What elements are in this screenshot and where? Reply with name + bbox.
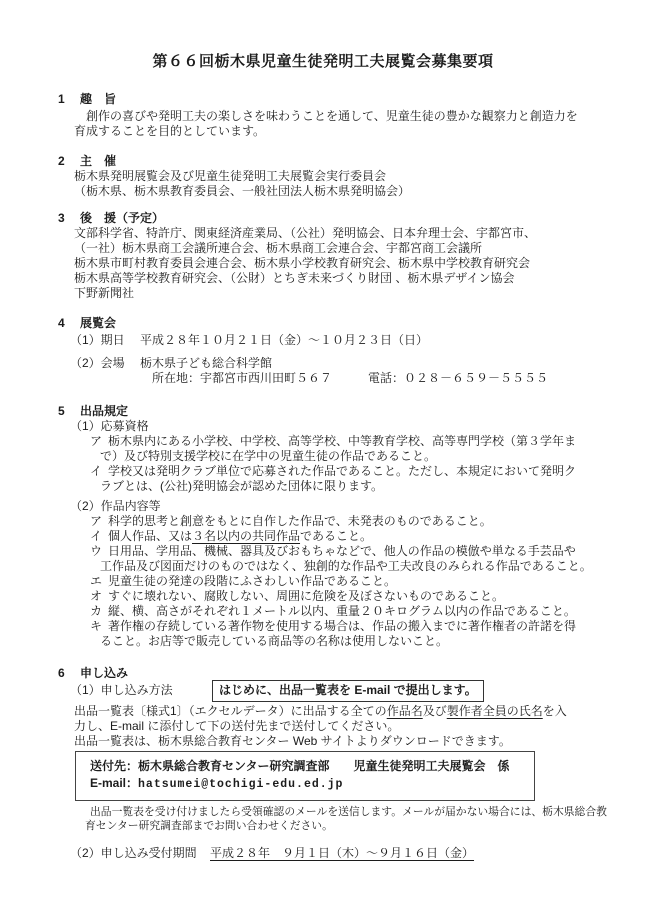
section-label: 出品規定 xyxy=(80,404,128,418)
section-heading: 4展覧会 xyxy=(58,316,646,331)
email-address: hatsumei@tochigi-edu.ed.jp xyxy=(138,778,343,791)
body-line: 文部科学省、特許庁、関東経済産業局、（公社）発明協会、日本弁理士会、宇都宮市、 xyxy=(74,226,646,241)
list-item: ア科学的思考と創意をもとに自作した作品で、未発表のものであること。 xyxy=(90,514,646,529)
paragraph-line: 出品一覧表は、栃木県総合教育センター Web サイトよりダウンロードできます。 xyxy=(74,734,646,749)
section-number: 3 xyxy=(58,211,80,226)
item-marker: ウ xyxy=(90,544,108,559)
item-text: 学校又は発明クラブ単位で応募された作品であること。ただし、本規定において発明ク xyxy=(108,464,576,478)
application-period-row: （2）申し込み受付期間平成２８年 ９月１日（木）～９月１６日（金） xyxy=(70,846,646,861)
body-line: 創作の喜びや発明工夫の楽しさを味わうことを通して、児童生徒の豊かな観察力と創造力… xyxy=(74,109,646,124)
item-text: 日用品、学用品、機械、器具及びおもちゃなどで、他人の作品の模倣や単なる手芸品や xyxy=(108,544,576,558)
email-row: E-mail：hatsumei@tochigi-edu.ed.jp xyxy=(90,775,534,793)
list-item: ア栃木県内にある小学校、中学校、高等学校、中等教育学校、高等専門学校（第３学年ま xyxy=(90,434,646,449)
list-item: エ児童生徒の発達の段階にふさわしい作品であること。 xyxy=(90,574,646,589)
section-label: 主 催 xyxy=(80,154,116,168)
note-line: 育センター研究調査部までお問い合わせください。 xyxy=(85,819,646,833)
section-label: 展覧会 xyxy=(80,316,116,330)
exhibition-date-row: （1）期日平成２８年１０月２１日（金）～１０月２３日（日） xyxy=(70,333,646,348)
section-number: 1 xyxy=(58,92,80,107)
section-organizer: 2主 催 栃木県発明展覧会及び児童生徒発明工夫展覧会実行委員会 （栃木県、栃木県… xyxy=(0,154,646,199)
section-heading: 1趣 旨 xyxy=(58,92,646,107)
item-marker: オ xyxy=(90,589,108,604)
list-item: カ縦、横、高さがそれぞれ１メートル以内、重量２０キログラム以内の作品であること。 xyxy=(90,604,646,619)
exhibition-date: 平成２８年１０月２１日（金）～１０月２３日（日） xyxy=(140,333,428,348)
exhibition-venue-row: （2）会場 栃木県子ども総合科学館 所在地：宇都宮市西川田町５６７ 電話：０２８… xyxy=(70,356,646,386)
item-text: 児童生徒の発達の段階にふさわしい作品であること。 xyxy=(108,574,396,588)
item-marker: ア xyxy=(90,514,108,529)
item-marker: イ xyxy=(90,529,108,544)
item-text-wrap: ラブとは、(公社)発明協会が認めた団体に限ります。 xyxy=(100,479,646,494)
section-label: 後 援（予定） xyxy=(80,211,164,225)
item-marker: イ xyxy=(90,464,108,479)
body-line: 栃木県発明展覧会及び児童生徒発明工夫展覧会実行委員会 xyxy=(74,169,646,184)
submission-address: 送付先：栃木県総合教育センター研究調査部 児童生徒発明工夫展覧会 係 xyxy=(90,758,534,775)
row-label: （2）会場 xyxy=(70,356,140,371)
section-number: 2 xyxy=(58,154,80,169)
venue-address-phone: 所在地：宇都宮市西川田町５６７ 電話：０２８－６５９－５５５５ xyxy=(152,371,548,386)
method-highlight-box: はじめに、出品一覧表を E-mail で提出します。 xyxy=(212,680,484,702)
note-line: 出品一覧表を受け付けましたら受領確認のメールを送信します。メールが届かない場合に… xyxy=(90,805,646,819)
paragraph-line: 出品一覧表〔様式1〕（エクセルデータ）に出品する全ての作品名及び製作者全員の氏名… xyxy=(74,704,646,719)
period-value: 平成２８年 ９月１日（木）～９月１６日（金） xyxy=(210,846,474,861)
body-line: 育成することを目的としています。 xyxy=(74,124,646,139)
section-supporters: 3後 援（予定） 文部科学省、特許庁、関東経済産業局、（公社）発明協会、日本弁理… xyxy=(0,211,646,301)
group-label: （2）作品内容等 xyxy=(70,499,646,514)
item-marker: エ xyxy=(90,574,108,589)
section-number: 5 xyxy=(58,404,80,419)
item-text: 縦、横、高さがそれぞれ１メートル以内、重量２０キログラム以内の作品であること。 xyxy=(108,604,576,618)
body-line: 栃木県市町村教育委員会連合会、栃木県小学校教育研究会、栃木県中学校教育研究会 xyxy=(74,256,646,271)
list-item: ウ日用品、学用品、機械、器具及びおもちゃなどで、他人の作品の模倣や単なる手芸品や xyxy=(90,544,646,559)
section-application: 6申し込み （1）申し込み方法 はじめに、出品一覧表を E-mail で提出しま… xyxy=(0,666,646,861)
section-label: 申し込み xyxy=(80,666,128,680)
list-item: キ著作権の存続している著作物を使用する場合は、作品の搬入までに著作権者の許諾を得 xyxy=(90,619,646,634)
exhibition-venue: 栃木県子ども総合科学館 所在地：宇都宮市西川田町５６７ 電話：０２８－６５９－５… xyxy=(140,356,548,386)
body-line: （一社）栃木県商工会議所連合会、栃木県商工会連合会、宇都宮商工会議所 xyxy=(74,241,646,256)
list-item: オすぐに壊れない、腐敗しない、周囲に危険を及ぼさないものであること。 xyxy=(90,589,646,604)
section-heading: 2主 催 xyxy=(58,154,646,169)
page: 第６６回栃木県児童生徒発明工夫展覧会募集要項 1趣 旨 創作の喜びや発明工夫の楽… xyxy=(0,0,646,914)
paragraph-line: 力し、E-mail に添付して下の送付先まで送付してください。 xyxy=(74,719,646,734)
item-marker: カ xyxy=(90,604,108,619)
section-number: 4 xyxy=(58,316,80,331)
row-label: （1）期日 xyxy=(70,333,140,348)
list-item: イ学校又は発明クラブ単位で応募された作品であること。ただし、本規定において発明ク xyxy=(90,464,646,479)
section-entry-rules: 5出品規定 （1）応募資格 ア栃木県内にある小学校、中学校、高等学校、中等教育学… xyxy=(0,404,646,649)
section-exhibition: 4展覧会 （1）期日平成２８年１０月２１日（金）～１０月２３日（日） （2）会場… xyxy=(0,316,646,386)
period-label: （2）申し込み受付期間 xyxy=(70,846,210,861)
email-label: E-mail： xyxy=(90,776,138,790)
item-text-wrap: ること。お店等で販売している商品等の名称は使用しないこと。 xyxy=(100,634,646,649)
item-marker: キ xyxy=(90,619,108,634)
purpose-body: 創作の喜びや発明工夫の楽しさを味わうことを通して、児童生徒の豊かな観察力と創造力… xyxy=(0,109,646,139)
item-marker: ア xyxy=(90,434,108,449)
item-text-wrap: 工作品及び図面だけのものではなく、独創的な作品や工夫改良のみられる作品であること… xyxy=(100,559,646,574)
venue-name: 栃木県子ども総合科学館 xyxy=(140,356,548,371)
item-text: 科学的思考と創意をもとに自作した作品で、未発表のものであること。 xyxy=(108,514,492,528)
confirmation-note: 出品一覧表を受け付けましたら受領確認のメールを送信します。メールが届かない場合に… xyxy=(85,805,646,833)
method-label: （1）申し込み方法 xyxy=(70,680,212,698)
list-item: イ個人作品、又は３名以内の共同作品であること。 xyxy=(90,529,646,544)
item-text-wrap: で）及び特別支援学校に在学中の児童生徒の作品であること。 xyxy=(100,449,646,464)
section-heading: 6申し込み xyxy=(58,666,646,680)
submission-address-box: 送付先：栃木県総合教育センター研究調査部 児童生徒発明工夫展覧会 係 E-mai… xyxy=(75,751,535,801)
section-number: 6 xyxy=(58,666,80,680)
body-line: 栃木県高等学校教育研究会、（公財）とちぎ未来づくり財団 、栃木県デザイン協会 xyxy=(74,271,646,286)
item-text: 個人作品、又は３名以内の共同作品であること。 xyxy=(108,529,372,543)
document-title: 第６６回栃木県児童生徒発明工夫展覧会募集要項 xyxy=(0,0,646,70)
section-heading: 3後 援（予定） xyxy=(58,211,646,226)
item-text: 栃木県内にある小学校、中学校、高等学校、中等教育学校、高等専門学校（第３学年ま xyxy=(108,434,576,448)
section-purpose: 1趣 旨 創作の喜びや発明工夫の楽しさを味わうことを通して、児童生徒の豊かな観察… xyxy=(0,92,646,139)
body-line: 下野新聞社 xyxy=(74,286,646,301)
body-line: （栃木県、栃木県教育委員会、一般社団法人栃木県発明協会） xyxy=(74,184,646,199)
section-heading: 5出品規定 xyxy=(58,404,646,419)
item-text: 著作権の存続している著作物を使用する場合は、作品の搬入までに著作権者の許諾を得 xyxy=(108,619,576,633)
application-method-row: （1）申し込み方法 はじめに、出品一覧表を E-mail で提出します。 xyxy=(70,680,646,702)
item-text: すぐに壊れない、腐敗しない、周囲に危険を及ぼさないものであること。 xyxy=(108,589,504,603)
group-label: （1）応募資格 xyxy=(70,419,646,434)
section-label: 趣 旨 xyxy=(80,92,116,106)
